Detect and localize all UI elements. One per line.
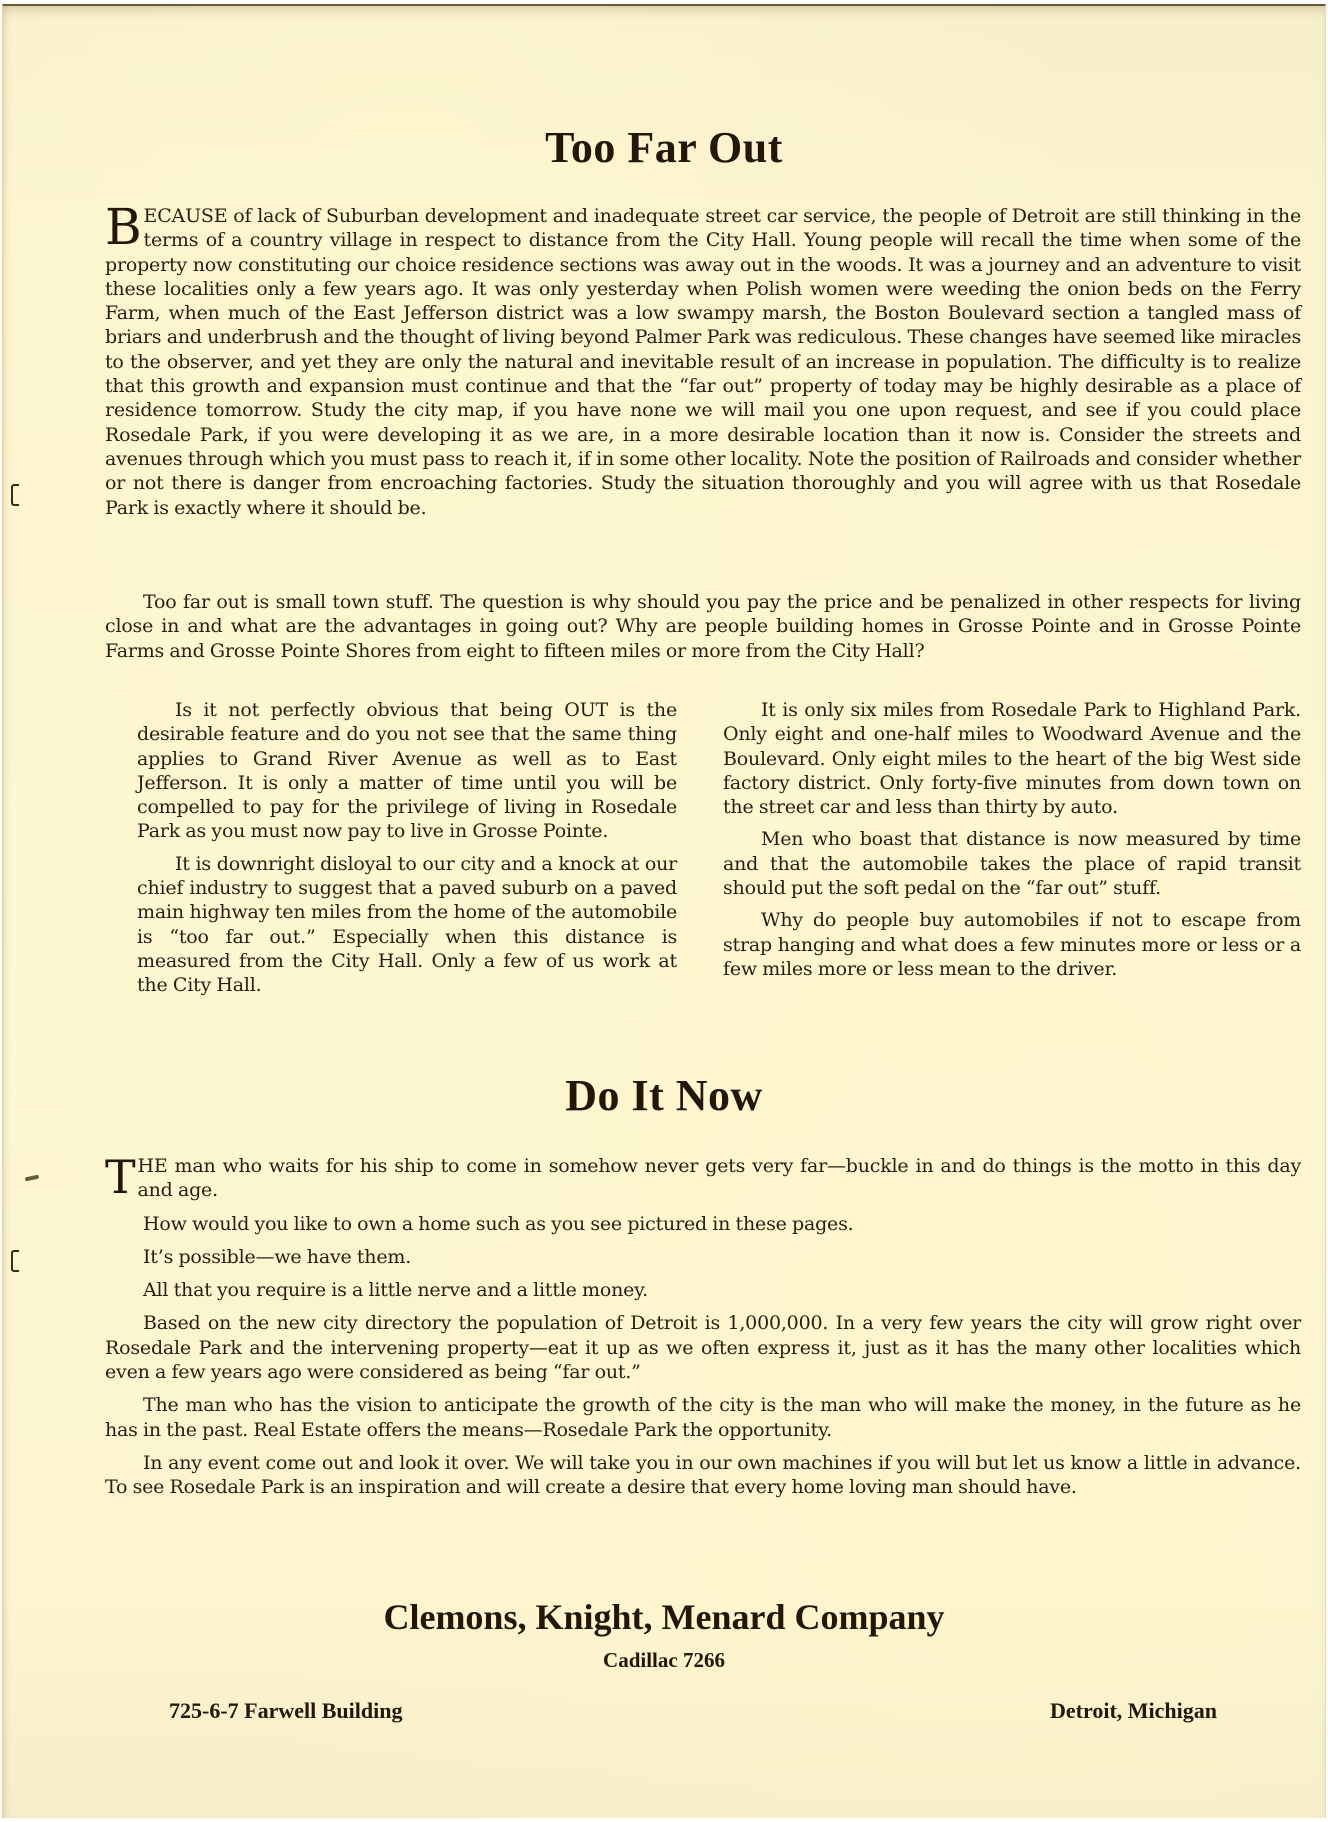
do-it-now-intro-text: HE man who waits for his ship to come in… <box>137 1155 1301 1201</box>
right-column: It is only six miles from Rosedale Park … <box>723 698 1301 981</box>
question-paragraph: Too far out is small town stuff. The que… <box>105 590 1301 663</box>
left-column-paragraph: Is it not perfectly obvious that being O… <box>137 698 677 844</box>
question-text: Too far out is small town stuff. The que… <box>105 590 1301 663</box>
right-column-paragraph: It is only six miles from Rosedale Park … <box>723 698 1301 819</box>
company-address: 725-6-7 Farwell Building <box>169 1698 402 1724</box>
do-it-now-paragraph: In any event come out and look it over. … <box>105 1451 1301 1500</box>
do-it-now-body: THE man who waits for his ship to come i… <box>105 1154 1301 1500</box>
company-city: Detroit, Michigan <box>1050 1698 1217 1724</box>
section-title-too-far-out: Too Far Out <box>3 122 1325 173</box>
do-it-now-paragraph: Based on the new city directory the popu… <box>105 1311 1301 1384</box>
binding-clip-mark <box>11 484 19 506</box>
left-column: Is it not perfectly obvious that being O… <box>137 698 677 998</box>
drop-cap: T <box>105 1154 135 1196</box>
binding-clip-mark <box>11 1250 19 1272</box>
section-title-do-it-now: Do It Now <box>3 1070 1325 1121</box>
intro-text: ECAUSE of lack of Suburban development a… <box>105 205 1301 519</box>
do-it-now-paragraph: How would you like to own a home such as… <box>105 1212 1301 1236</box>
company-name: Clemons, Knight, Menard Company <box>3 1596 1325 1638</box>
left-column-paragraph: It is downright disloyal to our city and… <box>137 852 677 998</box>
drop-cap: B <box>105 204 142 247</box>
do-it-now-paragraph: The man who has the vision to anticipate… <box>105 1393 1301 1442</box>
document-page: Too Far Out BECAUSE of lack of Suburban … <box>2 4 1326 1818</box>
intro-paragraph: BECAUSE of lack of Suburban development … <box>105 204 1301 520</box>
company-phone: Cadillac 7266 <box>3 1648 1325 1673</box>
do-it-now-paragraph: All that you require is a little nerve a… <box>105 1278 1301 1302</box>
right-column-paragraph: Why do people buy automobiles if not to … <box>723 908 1301 981</box>
do-it-now-paragraph: It’s possible—we have them. <box>105 1245 1301 1269</box>
right-column-paragraph: Men who boast that distance is now measu… <box>723 827 1301 900</box>
paper-tear-mark <box>25 1175 40 1182</box>
